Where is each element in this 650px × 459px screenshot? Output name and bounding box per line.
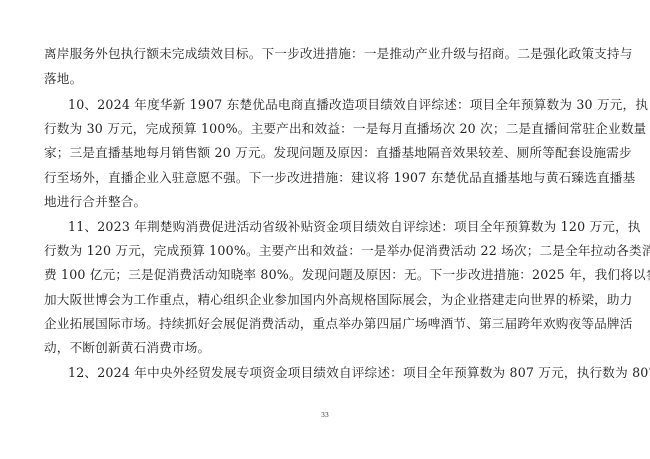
- page-number: 33: [0, 411, 650, 421]
- paragraph-11-line-2: 行数为 120 万元，完成预算 100%。主要产出和效益：一是举办促消费活动 2…: [44, 241, 616, 261]
- paragraph-10-line-4: 行至场外，直播企业入驻意愿不强。下一步改进措施：建议将 1907 东楚优品直播基…: [44, 168, 616, 188]
- paragraph-11-line-6: 动，不断创新黄石消费市场。: [44, 338, 616, 358]
- paragraph-10-line-2: 行数为 30 万元，完成预算 100%。主要产出和效益：一是每月直播场次 20 …: [44, 119, 616, 139]
- paragraph-9-line-end: 落地。: [44, 69, 616, 89]
- paragraph-10-line-3: 家；三是直播基地每月销售额 20 万元。发现问题及原因：直播基地隔音效果较差、厕…: [44, 143, 616, 163]
- paragraph-10-line-5: 地进行合并整合。: [44, 192, 616, 212]
- paragraph-11-line-4: 加大阪世博会为工作重点，精心组织企业参加国内外高规格国际展会，为企业搭建走向世界…: [44, 290, 616, 310]
- paragraph-11-line-3: 费 100 亿元；三是促消费活动知晓率 80%。发现问题及原因：无。下一步改进措…: [44, 265, 616, 285]
- paragraph-11-line-5: 企业拓展国际市场。持续抓好会展促消费活动，重点举办第四届广场啤酒节、第三届跨年欢…: [44, 314, 616, 334]
- paragraph-11-line-1: 11、2023 年荆楚购消费促进活动省级补贴资金项目绩效自评综述：项目全年预算数…: [68, 217, 616, 237]
- paragraph-10-line-1: 10、2024 年度华新 1907 东楚优品电商直播改造项目绩效自评综述：项目全…: [68, 95, 616, 115]
- document-page: 离岸服务外包执行额未完成绩效目标。下一步改进措施：一是推动产业升级与招商。二是强…: [0, 0, 650, 459]
- paragraph-9-line-continuation: 离岸服务外包执行额未完成绩效目标。下一步改进措施：一是推动产业升级与招商。二是强…: [44, 44, 616, 64]
- paragraph-12-line-1: 12、2024 年中央外经贸发展专项资金项目绩效自评综述：项目全年预算数为 80…: [68, 363, 616, 383]
